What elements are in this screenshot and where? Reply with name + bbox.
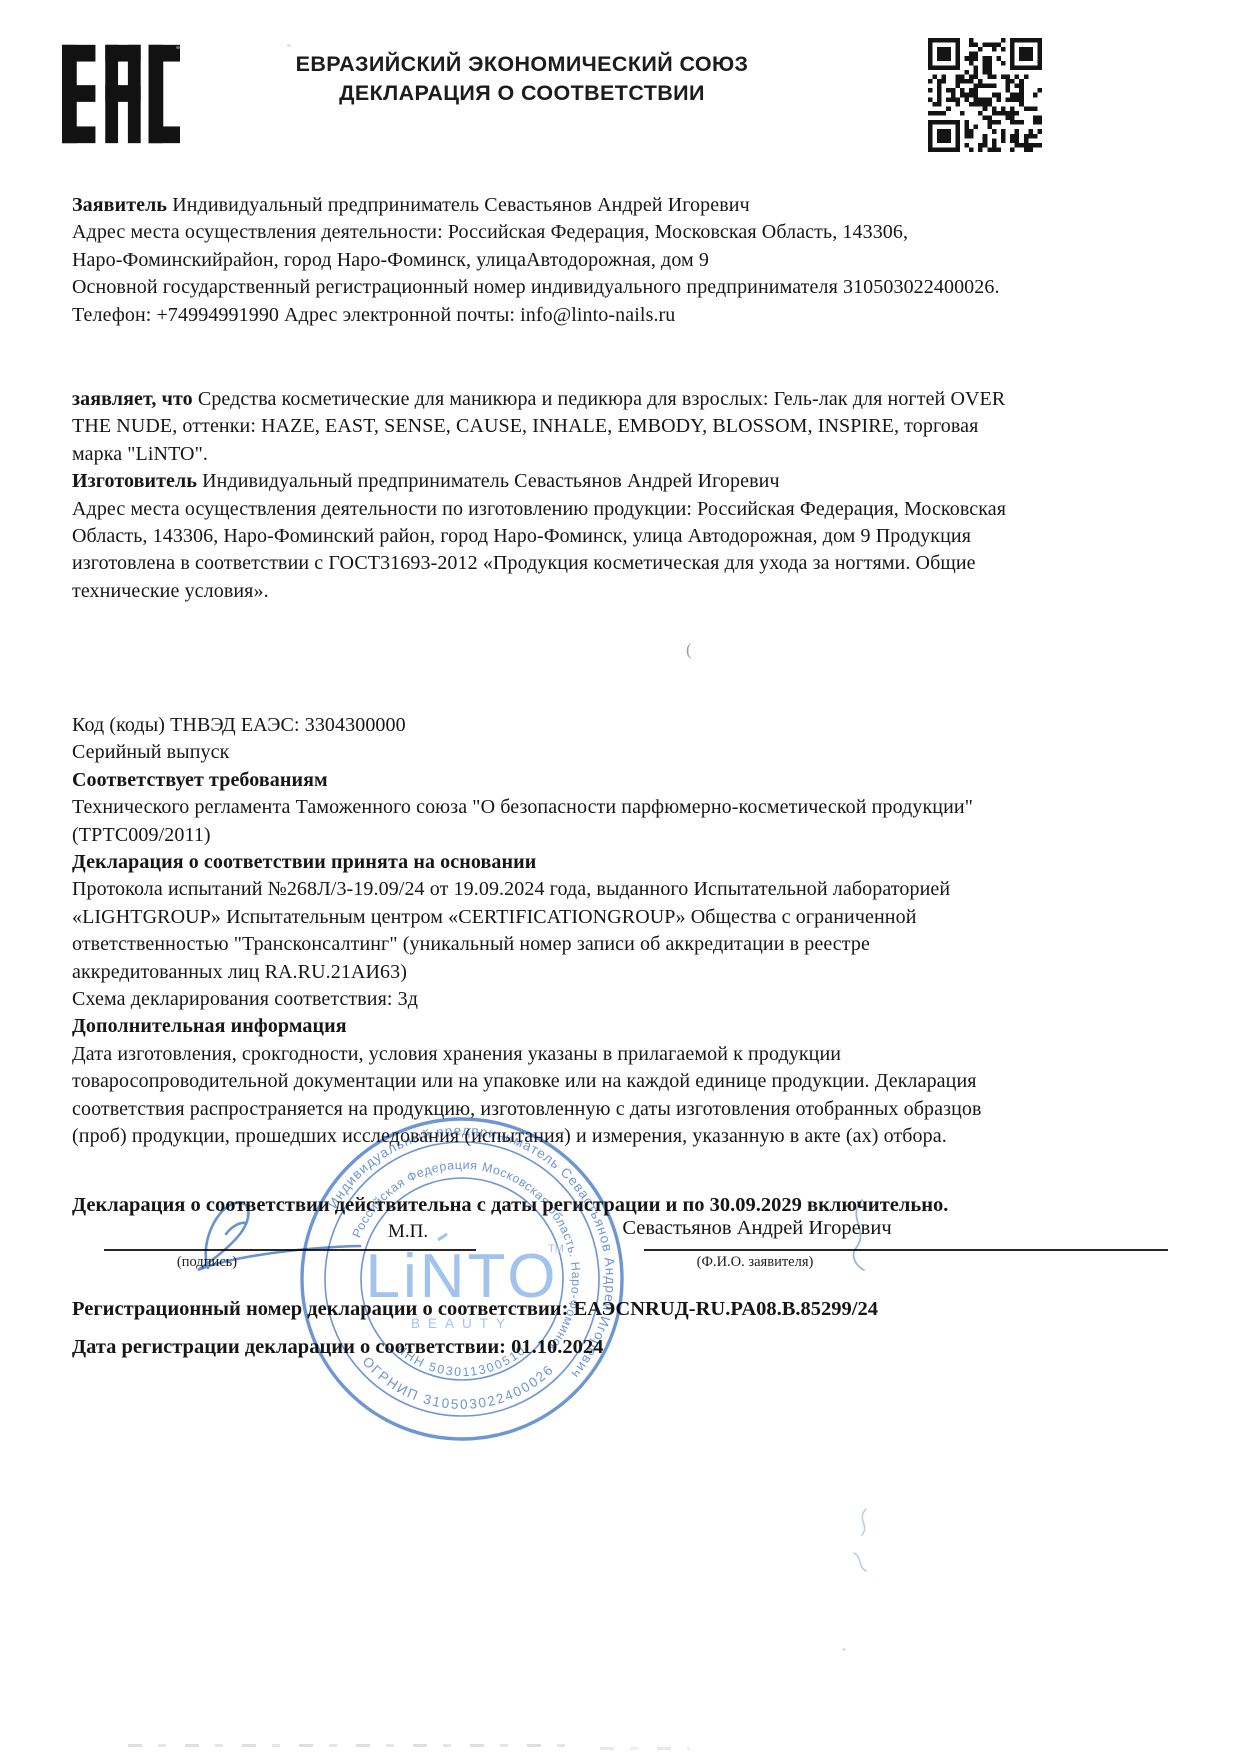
text-line: Дата изготовления, срокгодности, условия… (72, 1041, 1172, 1068)
text-line: (проб) продукции, прошедших исследования… (72, 1123, 1172, 1150)
text-line: аккредитованных лиц RA.RU.21АИ63) (72, 959, 1172, 986)
signature-line (104, 1249, 476, 1251)
registration-date-line: Дата регистрации декларации о соответств… (72, 1336, 603, 1359)
text-line: Технического регламента Таможенного союз… (72, 794, 1172, 821)
registration-number-value: ЕАЭСNRUД-RU.PA08.B.85299/24 (574, 1298, 878, 1320)
scan-speck (176, 46, 180, 49)
scan-artifact-bracket: ( (686, 640, 692, 660)
text-line: (ТРТС009/2011) (72, 822, 1172, 849)
text-line: THE NUDE, оттенки: HAZE, EAST, SENSE, CA… (72, 413, 1172, 440)
pen-mark-lower (844, 1505, 880, 1575)
text-line: ответственностью "Трансконсалтинг" (уник… (72, 931, 1172, 958)
scan-speck (287, 44, 291, 47)
text-line: Адрес места осуществления деятельности п… (72, 496, 1172, 523)
text-line: Протокола испытаний №268Л/3-19.09/24 от … (72, 876, 1172, 903)
text-line: изготовлена в соответствии с ГОСТ31693-2… (72, 550, 1172, 577)
signer-name: Севастьянов Андрей Игоревич (612, 1217, 902, 1240)
signature-caption: (подпись) (147, 1254, 267, 1271)
stamp-place-label: М.П. (388, 1221, 428, 1243)
text-line: Основной государственный регистрационный… (72, 274, 1172, 301)
text-line: товаросопроводительной документации или … (72, 1068, 1172, 1095)
text-line: Код (коды) ТНВЭД ЕАЭС: 3304300000 (72, 712, 1172, 739)
title-line-1: ЕВРАЗИЙСКИЙ ЭКОНОМИЧЕСКИЙ СОЮЗ (296, 50, 749, 79)
text-line: Область, 143306, Наро-Фоминский район, г… (72, 523, 1172, 550)
text-line: заявляет, что Средства косметические для… (72, 386, 1172, 413)
stamp-brand-tm: TM (548, 1243, 564, 1255)
text-line: Декларация о соответствии принята на осн… (72, 849, 1172, 876)
declaration-document-page: ЕВРАЗИЙСКИЙ ЭКОНОМИЧЕСКИЙ СОЮЗ ДЕКЛАРАЦИ… (0, 0, 1240, 1754)
svg-text:Российская Федерация Московска: Российская Федерация Московская область.… (350, 1158, 583, 1355)
text-line: марка "LiNTO". (72, 441, 1172, 468)
scan-smudge (128, 1744, 568, 1747)
validity-statement: Декларация о соответствии действительна … (72, 1194, 948, 1217)
text-line: Телефон: +74994991990 Адрес электронной … (72, 302, 1172, 329)
text-line: соответствия распространяется на продукц… (72, 1096, 1172, 1123)
applicant-section: Заявитель Индивидуальный предприниматель… (72, 192, 1172, 329)
text-line: Дополнительная информация (72, 1013, 1172, 1040)
scan-speck (842, 1648, 846, 1651)
registration-date-value: 01.10.2024 (511, 1336, 603, 1358)
eac-logo (62, 42, 180, 146)
registration-number-line: Регистрационный номер декларации о соотв… (72, 1298, 878, 1321)
text-line: Серийный выпуск (72, 739, 1172, 766)
registration-date-label: Дата регистрации декларации о соответств… (72, 1336, 506, 1358)
stamp-ring-inner-top-text: Российская Федерация Московская область.… (350, 1158, 583, 1355)
document-title: ЕВРАЗИЙСКИЙ ЭКОНОМИЧЕСКИЙ СОЮЗ ДЕКЛАРАЦИ… (296, 50, 749, 108)
title-line-2: ДЕКЛАРАЦИЯ О СООТВЕТСТВИИ (296, 79, 749, 108)
qr-code (928, 38, 1042, 152)
product-manufacturer-section: заявляет, что Средства косметические для… (72, 386, 1172, 605)
text-line: Изготовитель Индивидуальный предпринимат… (72, 468, 1172, 495)
text-line: Схема декларирования соответствия: 3д (72, 986, 1172, 1013)
name-line (644, 1249, 1168, 1251)
brand-accent-mark (438, 1234, 447, 1240)
text-line: Наро-Фоминскийрайон, город Наро-Фоминск,… (72, 247, 1172, 274)
requirements-section: Код (коды) ТНВЭД ЕАЭС: 3304300000Серийны… (72, 712, 1172, 1151)
company-stamp: Индивидуальный предприниматель Севастьян… (295, 1112, 629, 1446)
text-line: Соответствует требованиям (72, 767, 1172, 794)
svg-text:ОГРНИП 310503022400026: ОГРНИП 310503022400026 (360, 1354, 557, 1412)
text-line: Адрес места осуществления деятельности: … (72, 219, 1172, 246)
text-line: Заявитель Индивидуальный предприниматель… (72, 192, 1172, 219)
registration-number-label: Регистрационный номер декларации о соотв… (72, 1298, 568, 1320)
name-caption: (Ф.И.О. заявителя) (640, 1254, 870, 1271)
text-line: «LIGHTGROUP» Испытательным центром «CERT… (72, 904, 1172, 931)
stamp-ring-outer-bottom-text: ОГРНИП 310503022400026 (360, 1354, 557, 1412)
text-line: технические условия». (72, 578, 1172, 605)
scan-smudge (600, 1747, 690, 1750)
